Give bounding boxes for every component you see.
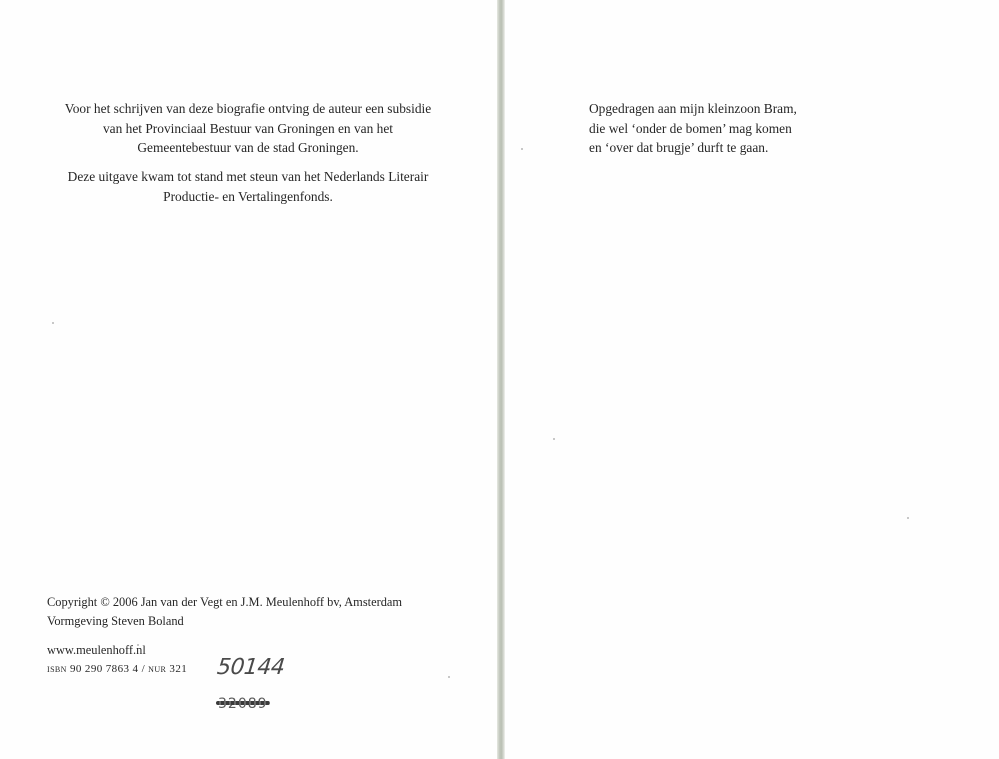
fund-notice-line: Productie- en Vertalingenfonds. (48, 187, 448, 207)
handwritten-catalog-number: 50144 (216, 655, 286, 680)
copyright-notice: Copyright © 2006 Jan van der Vegt en J.M… (47, 593, 402, 631)
struck-through-number: 32089 (218, 696, 268, 712)
grant-notice: Voor het schrijven van deze biografie on… (48, 99, 448, 158)
paper-speck (553, 438, 555, 440)
grant-notice-line: van het Provinciaal Bestuur van Groninge… (48, 119, 448, 139)
fund-notice: Deze uitgave kwam tot stand met steun va… (48, 167, 448, 206)
isbn-text: ISBN 90 290 7863 4 / NUR 321 (47, 663, 187, 675)
fund-notice-line: Deze uitgave kwam tot stand met steun va… (48, 167, 448, 187)
paper-speck (448, 676, 450, 678)
paper-speck (907, 517, 909, 519)
book-gutter (497, 0, 505, 759)
left-page: Voor het schrijven van deze biografie on… (0, 0, 497, 759)
dedication: Opgedragen aan mijn kleinzoon Bram, die … (589, 99, 797, 158)
isbn-line: ISBN 90 290 7863 4 / NUR 321 (47, 660, 187, 679)
dedication-line: die wel ‘onder de bomen’ mag komen (589, 119, 797, 139)
paper-speck (521, 148, 523, 150)
copyright-line: Copyright © 2006 Jan van der Vegt en J.M… (47, 593, 402, 612)
publisher-website: www.meulenhoff.nl (47, 641, 146, 660)
dedication-line: Opgedragen aan mijn kleinzoon Bram, (589, 99, 797, 119)
dedication-line: en ‘over dat brugje’ durft te gaan. (589, 138, 797, 158)
design-credit-line: Vormgeving Steven Boland (47, 612, 402, 631)
grant-notice-line: Voor het schrijven van deze biografie on… (48, 99, 448, 119)
strike-through-mark (216, 701, 270, 705)
paper-speck (137, 644, 139, 646)
grant-notice-line: Gemeentebestuur van de stad Groningen. (48, 138, 448, 158)
paper-speck (52, 322, 54, 324)
